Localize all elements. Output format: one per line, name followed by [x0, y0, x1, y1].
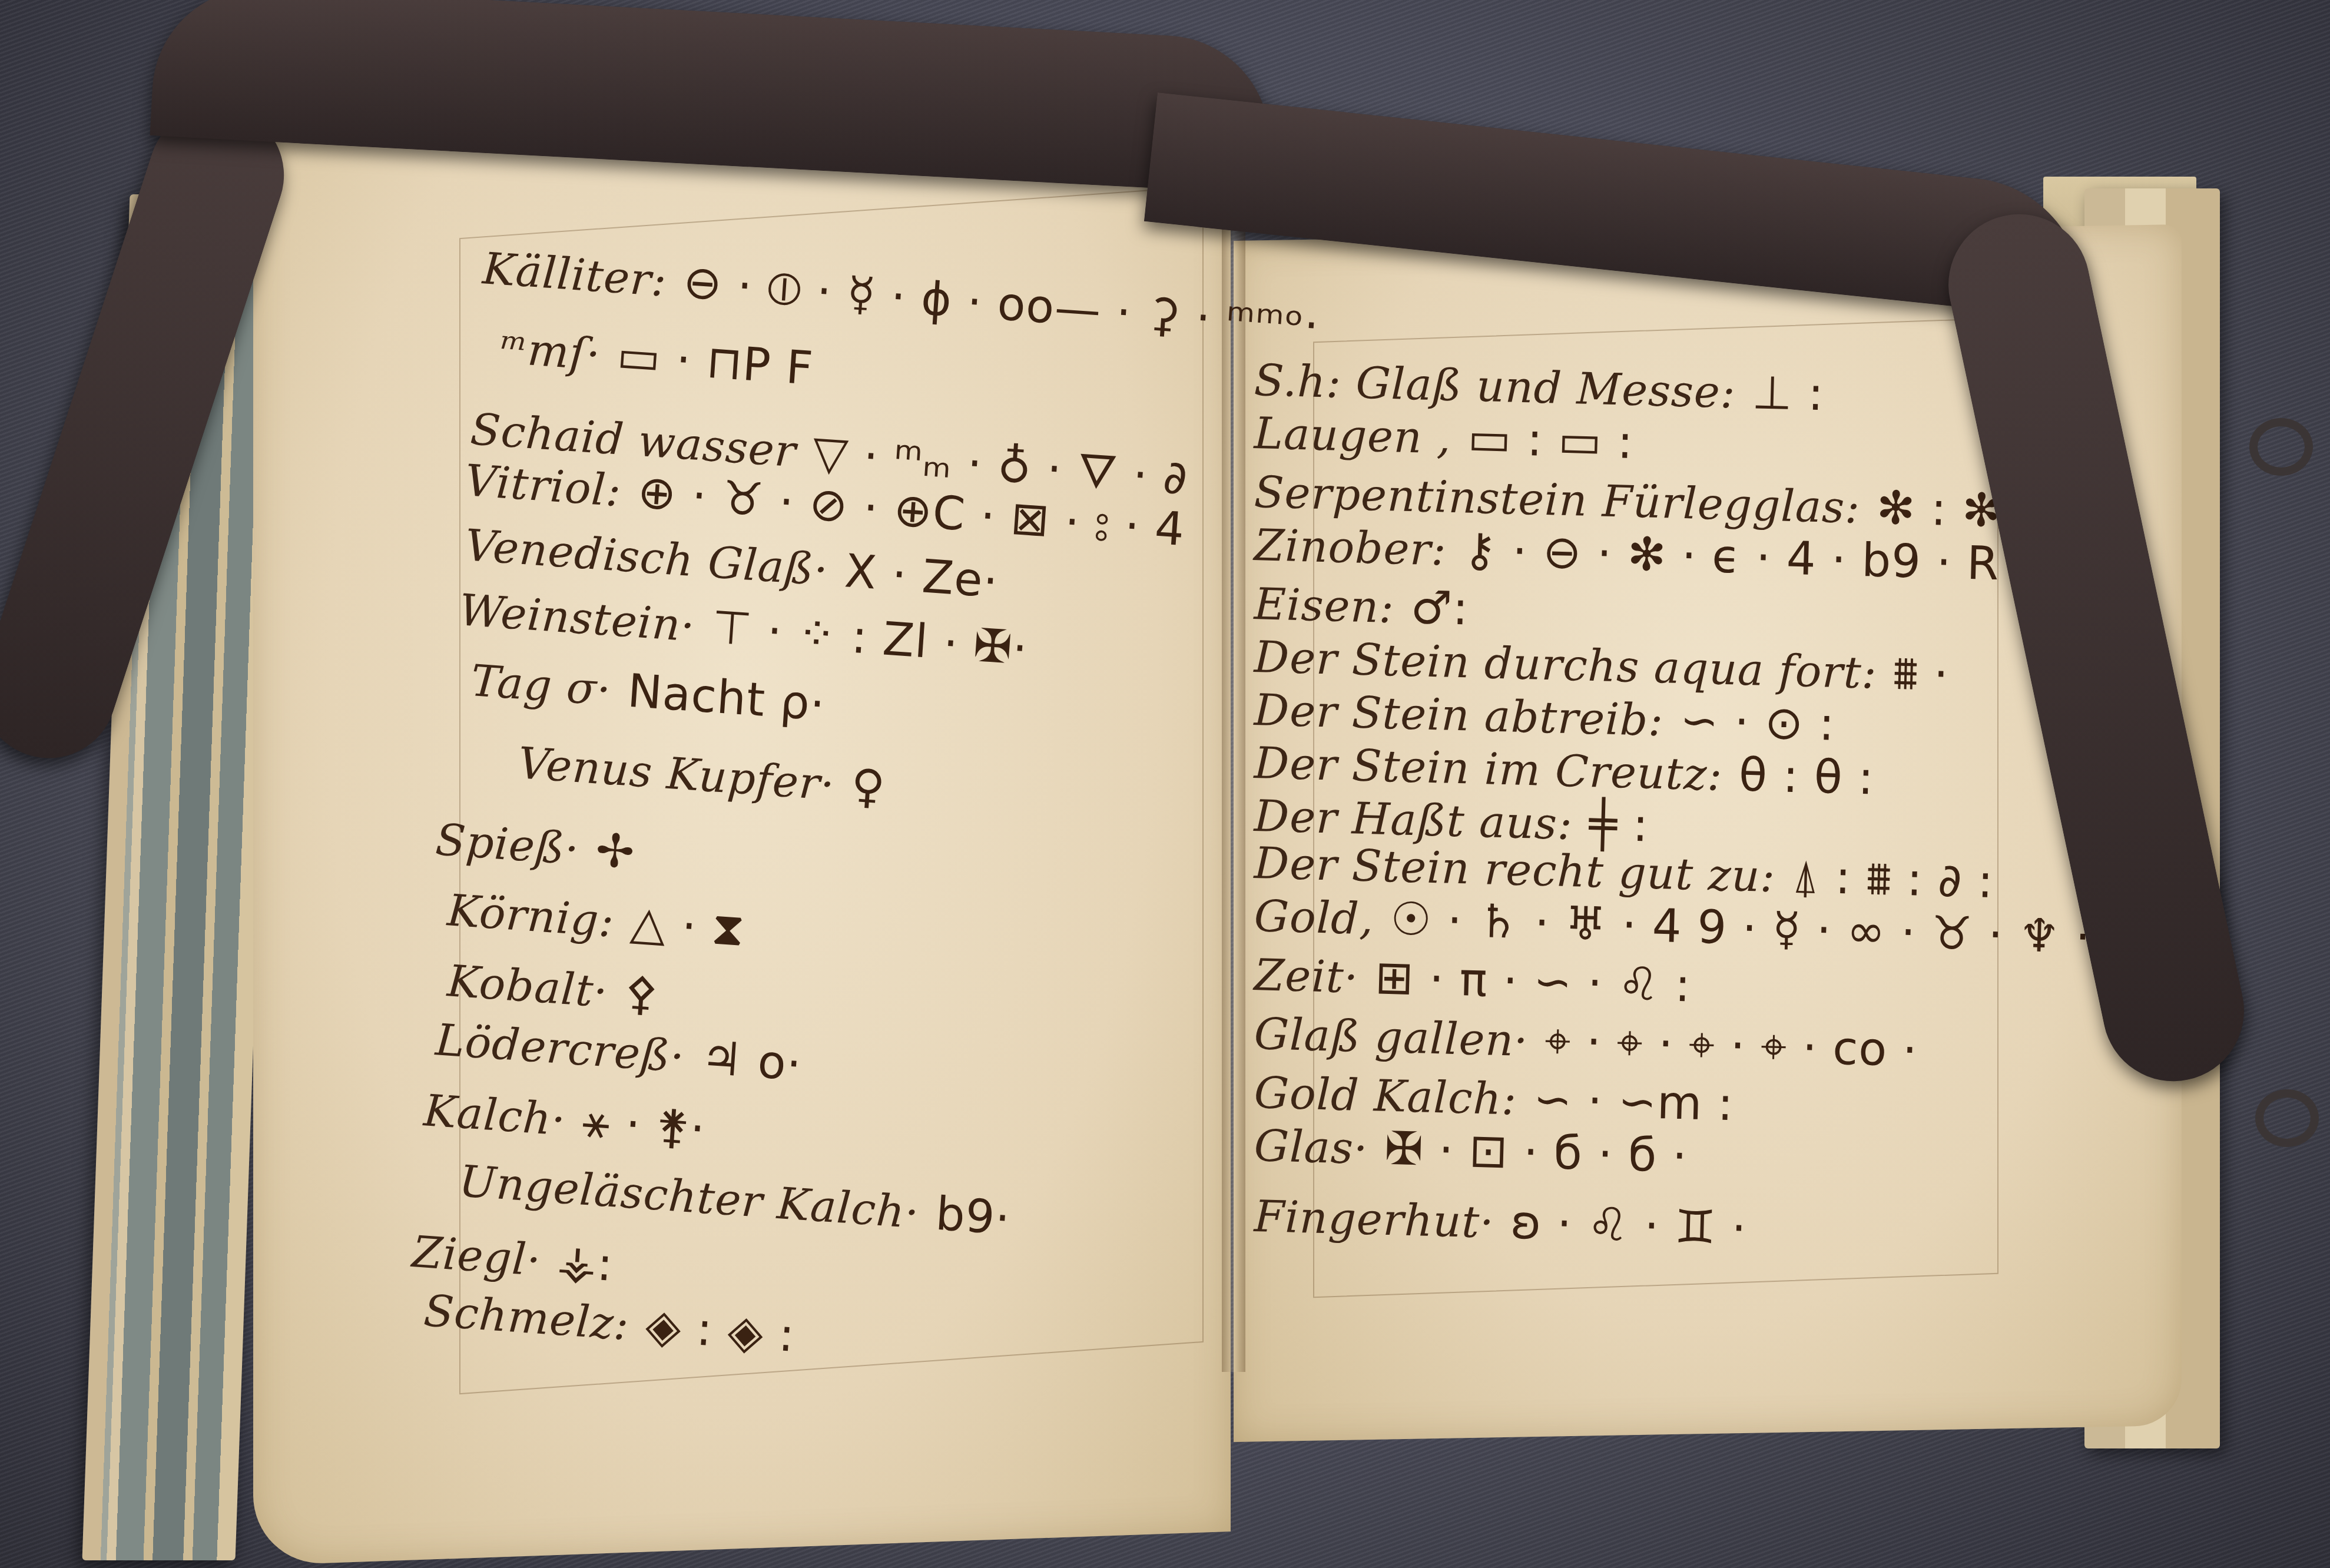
alchemical-symbols-icon: ♂: [1410, 581, 1470, 636]
venus-symbol-icon: ♀ [850, 760, 887, 815]
entry: Laugen ,▭ : ▭ : [1254, 406, 1634, 469]
alchemical-symbols-icon: ⍋ : ⩩ : ∂ : [1791, 850, 1994, 909]
book-gutter [1222, 224, 1245, 1372]
entry-label: Zinober: [1254, 520, 1447, 576]
alchemical-symbols-icon: △ · ⧗ [629, 896, 747, 957]
metal-clasp-icon [2255, 1089, 2319, 1147]
entry: Glas·✠ · ⊡ · б · б · [1254, 1119, 1688, 1183]
entry-label: ᵐmſ· [499, 323, 602, 380]
alchemical-symbols-icon: ✠ · ⊡ · б · б · [1384, 1122, 1688, 1183]
alchemical-symbols-icon: ⚴ [622, 966, 660, 1022]
alchemical-symbols-icon: ▭ : ▭ : [1467, 412, 1634, 469]
entry-label: Kalch· [422, 1085, 568, 1146]
alchemical-symbols-icon: ∽ · ∽m : [1533, 1073, 1734, 1131]
entry-label: Glaß gallen· [1254, 1009, 1529, 1066]
alchemical-symbols-icon: ʚ · ♌ · ♊ · [1510, 1196, 1747, 1255]
entry-label: Zeit· [1254, 950, 1359, 1003]
entry-label: Eisen: [1254, 579, 1395, 633]
alchemical-symbols-icon: ✢ [594, 824, 637, 879]
alchemical-symbols-icon: X · Ze· [843, 545, 1000, 608]
alchemical-symbols-icon: ╪ : [1589, 798, 1649, 853]
entry-label: Tag σ· [469, 655, 613, 715]
alchemical-symbols-icon: ⚶: [556, 1235, 615, 1291]
entry-label: Fingerhut· [1254, 1191, 1495, 1248]
entry-label: Vitriol: [463, 455, 623, 516]
entry-label: Glas· [1254, 1121, 1369, 1174]
alchemical-symbols-icon: ♃ o· [700, 1032, 804, 1092]
alchemical-symbols-icon: ⊥ : [1752, 366, 1825, 421]
entry-label: Ziegl· [410, 1226, 543, 1286]
manuscript-photo: Källiter:⊖ · ⦶ · ☿ · ɸ · oo— · ⚳ · ᵐᵐᵒ· … [0, 0, 2330, 1568]
alchemical-symbols-icon: ⊞ · π · ∽ · ♌ : [1374, 951, 1692, 1012]
entry-label: Gold, [1254, 891, 1374, 944]
alchemical-symbols-icon: ⩩ · [1892, 647, 1950, 701]
entry: Eisen:♂: [1254, 577, 1469, 636]
entry-label: Der Stein abtreib: [1254, 685, 1664, 746]
alchemical-symbols-icon: ⚹ · ⚵· [581, 1095, 707, 1156]
alchemical-symbols-icon: ⌖ · ⌖ · ⌖ · ⌖ · co · [1544, 1015, 1918, 1078]
alchemical-symbols-icon: ◈ : ◈ : [644, 1299, 797, 1362]
metal-clasp-icon [2249, 418, 2313, 476]
entry-label: Gold Kalch: [1254, 1068, 1517, 1125]
alchemical-symbols-icon: ∽ · ⊙ : [1679, 694, 1835, 751]
alchemical-symbols-icon: b9· [934, 1188, 1012, 1246]
entry-label: Laugen , [1254, 408, 1452, 464]
alchemical-symbols-icon: θ : θ : [1738, 749, 1875, 805]
entry-label: Kobalt· [446, 956, 610, 1017]
entry-label: Spieß· [434, 814, 581, 875]
entry-label: Körnig: [446, 885, 616, 947]
